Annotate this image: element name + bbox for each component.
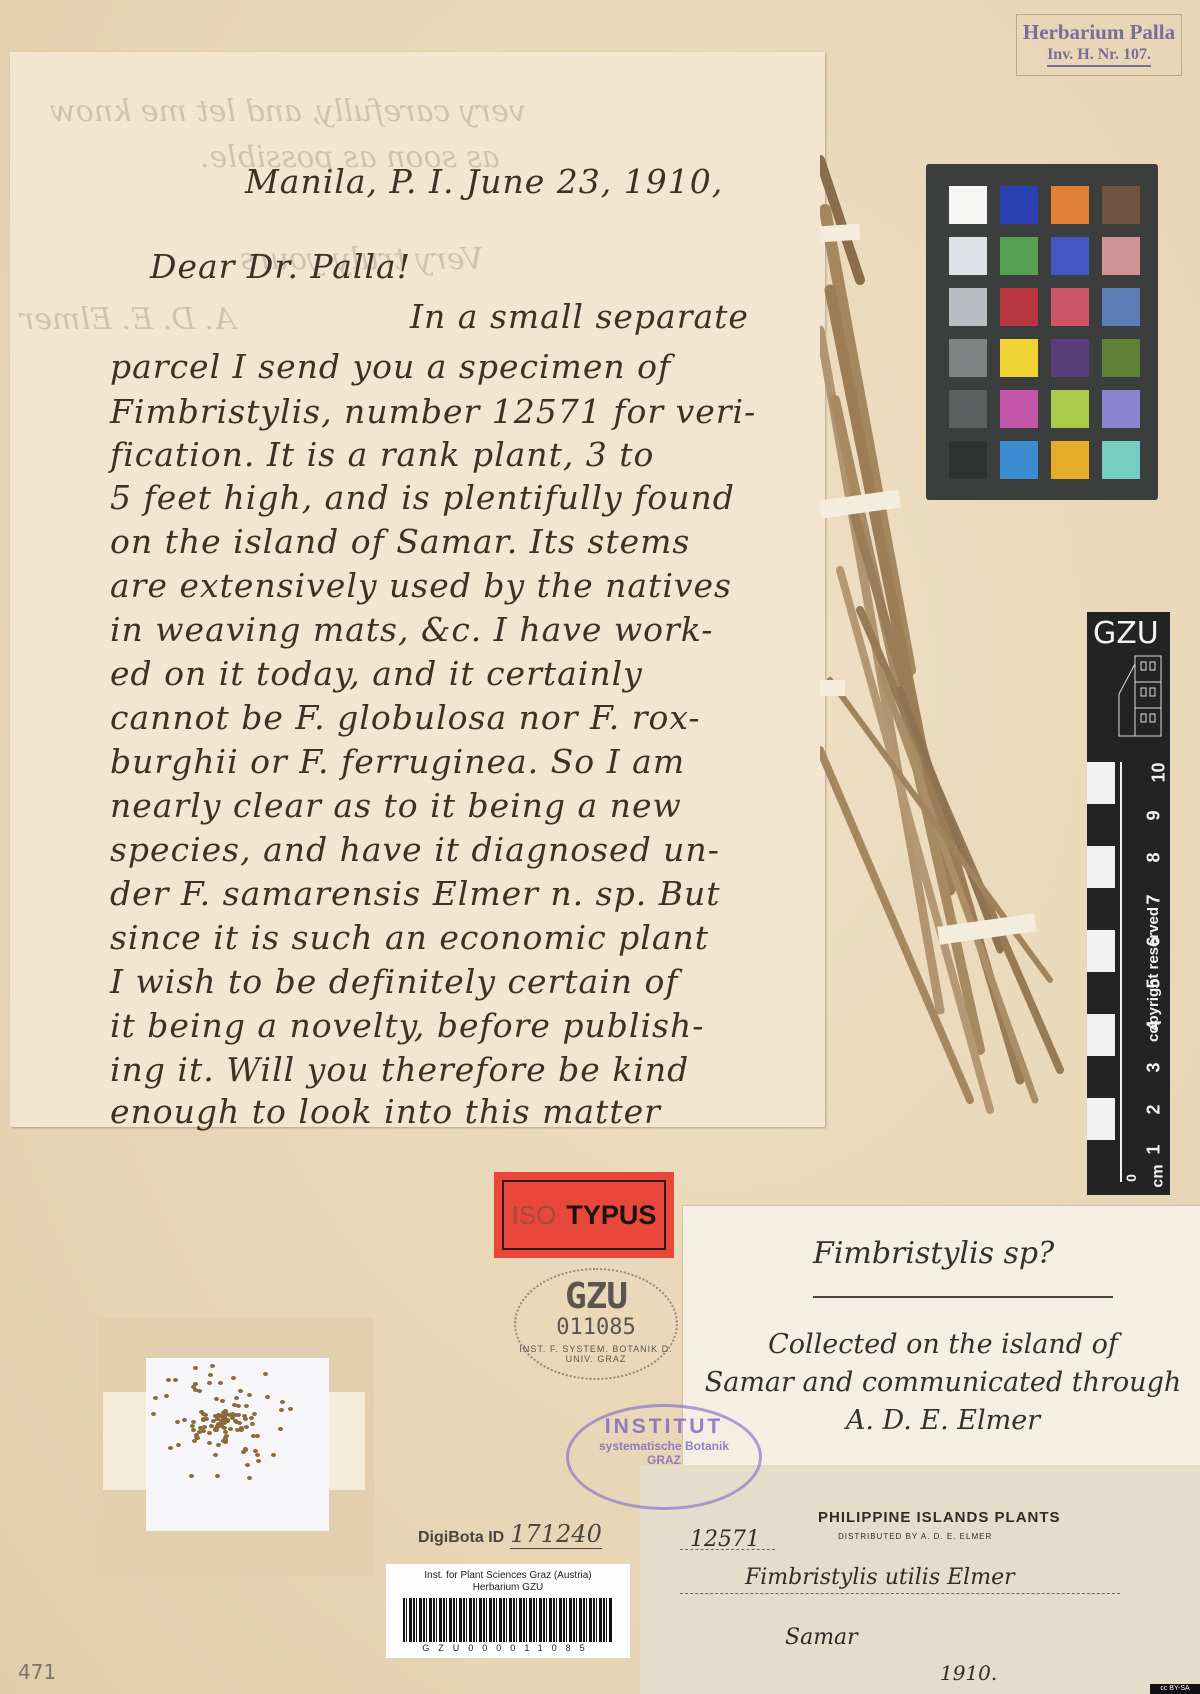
letter-line: ed on it today, and it certainly <box>110 654 643 693</box>
ruler-tick: 7 <box>1144 894 1165 904</box>
label-title: Fimbristylis sp? <box>813 1236 1054 1271</box>
gzu-stamp-ring-text: INST. F. SYSTEM. BOTANIK D. UNIV. GRAZ <box>516 1344 676 1364</box>
seed <box>223 1430 228 1434</box>
seed <box>191 1428 196 1432</box>
seed <box>151 1412 156 1416</box>
seed <box>265 1395 270 1399</box>
seed <box>247 1393 252 1397</box>
color-swatch <box>1000 288 1038 326</box>
pencil-note: 471 <box>18 1660 56 1684</box>
seed <box>236 1413 241 1417</box>
isotypus-label: ISO TYPUS <box>494 1172 674 1258</box>
ruler-tick: 9 <box>1144 810 1165 820</box>
gzu-accession-stamp: GZU 011085 INST. F. SYSTEM. BOTANIK D. U… <box>514 1268 678 1380</box>
color-swatch <box>1000 441 1038 479</box>
letter-line: ing it. Will you therefore be kind <box>110 1050 689 1089</box>
license-badge: cc BY-SA <box>1150 1684 1200 1694</box>
copyright-text: copyright reserved <box>1145 907 1162 1042</box>
ruler-scale <box>1087 762 1122 1182</box>
seed <box>237 1421 242 1425</box>
seed <box>216 1443 221 1447</box>
seed <box>190 1424 195 1428</box>
philippine-plants-label: PHILIPPINE ISLANDS PLANTS DISTRIBUTED BY… <box>640 1465 1200 1694</box>
color-swatch <box>1000 186 1038 224</box>
seed <box>182 1418 187 1422</box>
institut-stamp-line: GRAZ <box>569 1453 759 1467</box>
digibota-id: DigiBota ID171240 <box>418 1520 602 1548</box>
species-name: Fimbristylis utilis Elmer <box>745 1565 1015 1590</box>
color-swatch <box>1051 339 1089 377</box>
seed <box>280 1400 285 1404</box>
institut-stamp-line: INSTITUT <box>569 1415 759 1439</box>
seed <box>207 1381 212 1385</box>
letter-line: In a small separate <box>410 297 749 336</box>
seed <box>271 1453 276 1457</box>
color-swatch <box>949 237 987 275</box>
seed <box>213 1453 218 1457</box>
institut-stamp-line: systematische Botanik <box>569 1439 759 1453</box>
seed <box>215 1474 220 1478</box>
letter-line: enough to look into this matter <box>110 1092 661 1131</box>
seed <box>288 1407 293 1411</box>
color-swatch <box>949 339 987 377</box>
letter-line: I wish to be definitely certain of <box>110 962 679 1001</box>
seed <box>192 1439 197 1443</box>
ruler-unit: cm <box>1150 1164 1168 1187</box>
seed <box>231 1376 236 1380</box>
locality: Samar <box>785 1625 858 1650</box>
seed <box>164 1394 169 1398</box>
gzu-stamp-title: GZU <box>516 1276 676 1317</box>
letter-line: are extensively used by the natives <box>110 566 732 605</box>
ruler-tick: 8 <box>1144 852 1165 862</box>
gzu-scale-ruler: GZU 10 9 8 7 6 5 4 3 2 1 0 co <box>1087 612 1170 1195</box>
typus-text: TYPUS <box>566 1200 656 1231</box>
letter-line: der F. samarensis Elmer n. sp. But <box>110 874 720 913</box>
seed <box>220 1399 225 1403</box>
seed <box>173 1378 178 1382</box>
stamp-line-2: Inv. H. Nr. 107. <box>1047 45 1151 67</box>
show-through-text: very carefully, and let me know <box>50 94 526 129</box>
barcode-label: Inst. for Plant Sciences Graz (Austria) … <box>386 1564 630 1658</box>
seed <box>197 1430 202 1434</box>
barcode-number: GZU000011085 <box>386 1643 630 1653</box>
label-body: Collected on the island of Samar and com… <box>703 1326 1183 1440</box>
color-swatch <box>1102 441 1140 479</box>
seed <box>243 1417 248 1421</box>
letter-line: Fimbristylis, number 12571 for veri- <box>110 392 756 431</box>
label-body-line: A. D. E. Elmer <box>703 1402 1183 1440</box>
herbarium-sheet: very carefully, and let me know as soon … <box>0 0 1200 1694</box>
seed <box>198 1426 203 1430</box>
seed <box>255 1453 260 1457</box>
letter-line: fication. It is a rank plant, 3 to <box>110 435 654 474</box>
letter-line: species, and have it diagnosed un- <box>110 830 720 869</box>
seed <box>208 1373 213 1377</box>
seed <box>241 1450 246 1454</box>
seed <box>168 1446 173 1450</box>
color-swatch <box>949 186 987 224</box>
color-swatch <box>1000 237 1038 275</box>
color-swatch <box>1051 288 1089 326</box>
institut-stamp: INSTITUT systematische Botanik GRAZ <box>566 1404 762 1510</box>
color-swatch <box>1051 441 1089 479</box>
collection-year: 1910. <box>940 1661 997 1685</box>
letter-salutation: Dear Dr. Palla! <box>150 247 411 286</box>
letter-line: parcel I send you a specimen of <box>110 347 671 386</box>
color-swatch <box>1051 390 1089 428</box>
seed <box>207 1431 212 1435</box>
seed <box>204 1417 209 1421</box>
seed <box>176 1443 181 1447</box>
stamp-line-1: Herbarium Palla <box>1017 19 1181 45</box>
seed <box>195 1436 200 1440</box>
label-heading: PHILIPPINE ISLANDS PLANTS <box>818 1509 1061 1526</box>
color-swatch <box>949 441 987 479</box>
color-swatch <box>1000 390 1038 428</box>
seed <box>278 1427 283 1431</box>
seed <box>224 1434 229 1438</box>
seed <box>263 1372 268 1376</box>
seed <box>244 1425 249 1429</box>
color-swatch <box>1051 186 1089 224</box>
color-swatch <box>949 390 987 428</box>
color-swatch <box>1102 288 1140 326</box>
handwritten-letter: very carefully, and let me know as soon … <box>10 52 825 1127</box>
seed <box>193 1388 198 1392</box>
seed <box>244 1404 249 1408</box>
color-swatch <box>1000 339 1038 377</box>
letter-line: nearly clear as to it being a new <box>110 786 682 825</box>
ruler-tick: 0 <box>1123 1174 1139 1182</box>
herbarium-name: Herbarium GZU <box>386 1582 630 1594</box>
digibota-label: DigiBota ID <box>418 1529 504 1546</box>
seed <box>189 1474 194 1478</box>
color-swatch <box>1051 237 1089 275</box>
letter-line: burghii or F. ferruginea. So I am <box>110 742 685 781</box>
ruler-brand: GZU <box>1093 616 1159 651</box>
ruler-tick: 1 <box>1144 1144 1165 1154</box>
color-swatch <box>1102 237 1140 275</box>
seed <box>252 1412 257 1416</box>
label-subheading: DISTRIBUTED BY A. D. E. ELMER <box>838 1532 992 1541</box>
seed <box>249 1416 254 1420</box>
seed <box>238 1389 243 1393</box>
seed-sample <box>146 1358 329 1531</box>
label-body-line: Samar and communicated through <box>703 1364 1183 1402</box>
barcode <box>403 1598 613 1642</box>
typus-prefix: ISO <box>512 1200 557 1231</box>
color-swatch <box>949 288 987 326</box>
building-icon <box>1117 654 1165 740</box>
color-calibration-chart <box>926 164 1158 500</box>
ruler-tick: 10 <box>1149 762 1170 782</box>
letter-dateline: Manila, P. I. June 23, 1910, <box>245 162 723 201</box>
letter-line: in weaving mats, &c. I have work- <box>110 610 713 649</box>
seed <box>218 1381 223 1385</box>
letter-line: it being a novelty, before publish- <box>110 1006 704 1045</box>
label-body-line: Collected on the island of <box>703 1326 1183 1364</box>
seed <box>214 1397 219 1401</box>
letter-line: cannot be F. globulosa nor F. rox- <box>110 698 701 737</box>
ruler-tick: 3 <box>1144 1062 1165 1072</box>
seed <box>247 1476 252 1480</box>
show-through-text: A. D. E. Elmer <box>20 302 236 337</box>
color-swatch <box>1102 390 1140 428</box>
ruler-tick: 2 <box>1144 1104 1165 1114</box>
seed <box>175 1420 180 1424</box>
seed <box>214 1428 219 1432</box>
seed <box>201 1412 206 1416</box>
dotted-rule <box>680 1549 775 1550</box>
gzu-stamp-number: 011085 <box>516 1315 676 1340</box>
title-underline <box>813 1296 1113 1298</box>
herbarium-palla-stamp: Herbarium Palla Inv. H. Nr. 107. <box>1016 14 1182 76</box>
seed <box>250 1422 255 1426</box>
dotted-rule <box>680 1593 1120 1594</box>
letter-line: on the island of Samar. Its stems <box>110 522 690 561</box>
seed <box>279 1408 284 1412</box>
seed <box>228 1427 233 1431</box>
seed <box>234 1396 239 1400</box>
seed <box>210 1364 215 1368</box>
seed <box>207 1441 212 1445</box>
seed <box>213 1414 218 1418</box>
seed <box>193 1366 198 1370</box>
seed <box>236 1404 241 1408</box>
color-swatch <box>1102 339 1140 377</box>
seed <box>256 1459 261 1463</box>
seed <box>153 1396 158 1400</box>
institution-name: Inst. for Plant Sciences Graz (Austria) <box>386 1570 630 1582</box>
handwritten-determination-label: Fimbristylis sp? Collected on the island… <box>683 1206 1200 1470</box>
digibota-number: 171240 <box>510 1520 602 1549</box>
letter-line: 5 feet high, and is plentifully found <box>110 478 735 517</box>
seed <box>245 1463 250 1467</box>
color-swatch <box>1102 186 1140 224</box>
letter-line: since it is such an economic plant <box>110 918 709 957</box>
seed <box>166 1378 171 1382</box>
